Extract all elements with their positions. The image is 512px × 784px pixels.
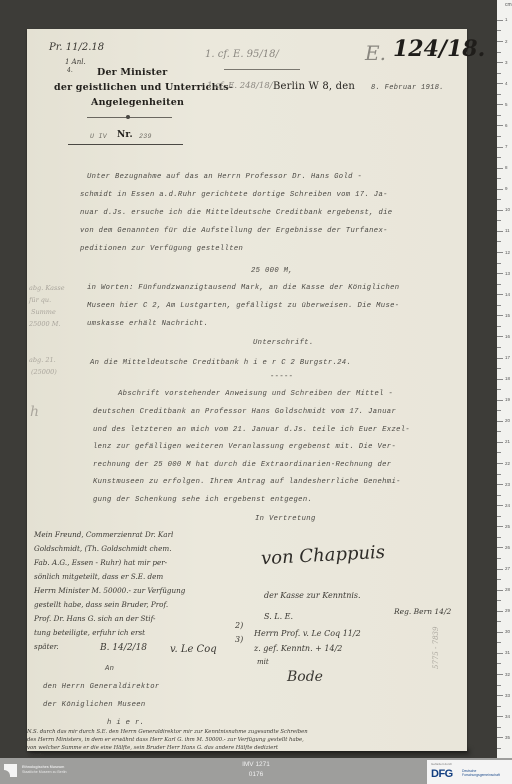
hw-note-7: Prof. Dr. Hans G. sich an der Stif- bbox=[34, 614, 155, 623]
letterhead-line1: Der Minister bbox=[97, 67, 167, 78]
ruler-tick bbox=[497, 147, 503, 148]
closing-line-1: den Herrn Generaldirektor bbox=[43, 683, 160, 691]
hw-right-5: z. gef. Kenntn. + 14/2 bbox=[254, 644, 342, 653]
letterhead-line3: Angelegenheiten bbox=[91, 97, 184, 108]
p2-line-2: Museen hier C 2, Am Lustgarten, gefällig… bbox=[87, 302, 399, 310]
minister-signature: von Chappuis bbox=[261, 542, 386, 569]
ruler-half-tick bbox=[497, 706, 501, 707]
hw-right-6: mit bbox=[257, 658, 269, 666]
ruler-tick bbox=[497, 125, 503, 126]
ruler-half-tick bbox=[497, 474, 501, 475]
hw-right-1: der Kasse zur Kenntnis. bbox=[264, 591, 361, 600]
hw-note-6: gestellt habe, dass sein Bruder, Prof. bbox=[34, 600, 168, 609]
margin-pencil-2: für qu. bbox=[29, 296, 51, 304]
dfg-name: Deutsche Forschungsgemeinschaft bbox=[462, 769, 500, 777]
ruler-number: 14 bbox=[505, 292, 510, 297]
ruler-number: 33 bbox=[505, 693, 510, 698]
hw-note-date: B. 14/2/18 bbox=[100, 643, 147, 653]
ruler-tick bbox=[497, 273, 503, 274]
ruler-half-tick bbox=[497, 537, 501, 538]
separator: ----- bbox=[270, 373, 293, 381]
funded-by-label: Gefördert durch bbox=[431, 762, 452, 766]
p3-line-3: und des letzteren an mich vom 21. Januar… bbox=[93, 426, 410, 434]
place-label: Berlin W 8, den bbox=[273, 81, 355, 92]
ruler-number: 11 bbox=[505, 228, 510, 233]
document-page: Pr. 11/2.18 1 Anl. 4. Der Minister der g… bbox=[27, 29, 467, 751]
ruler-tick bbox=[497, 611, 503, 612]
ruler-number: 1 bbox=[505, 17, 508, 22]
ruler-number: 31 bbox=[505, 650, 510, 655]
margin-pencil-h: h bbox=[30, 404, 39, 420]
ruler-half-tick bbox=[497, 410, 501, 411]
hw-right-3: S. L. E. bbox=[264, 612, 293, 621]
in-vertretung: In Vertretung bbox=[255, 515, 316, 523]
ruler-number: 35 bbox=[505, 735, 510, 740]
ruler-tick bbox=[497, 83, 503, 84]
ruler-tick bbox=[497, 590, 503, 591]
ruler-tick bbox=[497, 484, 503, 485]
amount: 25 000 M, bbox=[251, 267, 293, 275]
ruler-number: 16 bbox=[505, 334, 510, 339]
ruler-tick bbox=[497, 168, 503, 169]
reference-1: 1. cf. E. 95/18/ bbox=[205, 49, 279, 60]
ruler-tick bbox=[497, 421, 503, 422]
margin-pencil-6: (25000) bbox=[31, 368, 57, 376]
ruler-unit-label: cm bbox=[505, 2, 512, 8]
ruler-tick bbox=[497, 463, 503, 464]
measurement-ruler: 1234567891011121314151617181920212223242… bbox=[497, 0, 512, 758]
ruler-half-tick bbox=[497, 727, 501, 728]
ruler-half-tick bbox=[497, 621, 501, 622]
file-prefix: U IV bbox=[90, 133, 107, 140]
closing-hier: h i e r. bbox=[107, 719, 144, 727]
ruler-half-tick bbox=[497, 452, 501, 453]
journal-number: 124/18. bbox=[393, 36, 485, 62]
p3-line-4: lenz zur gefälligen weiteren Veranlassun… bbox=[93, 443, 396, 451]
bode-signature: Bode bbox=[287, 669, 323, 685]
ruler-number: 4 bbox=[505, 81, 508, 86]
ruler-half-tick bbox=[497, 220, 501, 221]
ruler-half-tick bbox=[497, 516, 501, 517]
ruler-half-tick bbox=[497, 52, 501, 53]
ruler-number: 9 bbox=[505, 186, 508, 191]
ruler-half-tick bbox=[497, 495, 501, 496]
ruler-half-tick bbox=[497, 642, 501, 643]
p3-line-5: rechnung der 25 000 M hat durch die Extr… bbox=[93, 461, 391, 469]
ruler-tick bbox=[497, 336, 503, 337]
dfg-name-line-2: Forschungsgemeinschaft bbox=[462, 773, 500, 777]
ruler-tick bbox=[497, 737, 503, 738]
ruler-number: 23 bbox=[505, 482, 510, 487]
ruler-number: 29 bbox=[505, 608, 510, 613]
ruler-half-tick bbox=[497, 685, 501, 686]
hw-note-3: Fab. A.G., Essen - Ruhr) hat mir per- bbox=[34, 558, 167, 567]
margin-pencil-1: abg. Kasse bbox=[29, 284, 65, 292]
ruler-tick bbox=[497, 62, 503, 63]
ruler-number: 24 bbox=[505, 503, 510, 508]
hw-note-9: später. bbox=[34, 642, 59, 651]
p2-line-1: in Worten: Fünfundzwanzigtausend Mark, a… bbox=[87, 284, 399, 292]
ruler-tick bbox=[497, 294, 503, 295]
ruler-number: 13 bbox=[505, 271, 510, 276]
hw-note-8: tung beteiligte, erfuhr ich erst bbox=[34, 628, 145, 637]
ruler-number: 19 bbox=[505, 397, 510, 402]
p3-line-7: gung der Schenkung sehe ich ergebenst en… bbox=[93, 496, 312, 504]
ruler-number: 27 bbox=[505, 566, 510, 571]
p3-line-2: deutschen Creditbank an Professor Hans G… bbox=[93, 408, 396, 416]
ruler-tick bbox=[497, 695, 503, 696]
ruler-tick bbox=[497, 252, 503, 253]
letter-date: 8. Februar 1918. bbox=[371, 84, 444, 92]
p1-line-1: Unter Bezugnahme auf das an Herrn Profes… bbox=[87, 173, 362, 181]
ruler-number: 34 bbox=[505, 714, 510, 719]
enclosure-count: 4. bbox=[67, 67, 73, 74]
ruler-tick bbox=[497, 674, 503, 675]
p1-line-5: peditionen zur Verfügung gestellten bbox=[80, 245, 243, 253]
ruler-tick bbox=[497, 41, 503, 42]
ruler-half-tick bbox=[497, 326, 501, 327]
file-number-underline bbox=[68, 144, 183, 145]
ruler-number: 32 bbox=[505, 672, 510, 677]
ruler-tick bbox=[497, 569, 503, 570]
ruler-half-tick bbox=[497, 263, 501, 264]
ruler-half-tick bbox=[497, 94, 501, 95]
hw-note-4: sönlich mitgeteilt, dass er S.E. dem bbox=[34, 572, 163, 581]
hw-right-4: Herrn Prof. v. Le Coq 11/2 bbox=[254, 629, 361, 638]
ruler-tick bbox=[497, 315, 503, 316]
file-nr-label: Nr. bbox=[117, 130, 133, 140]
ruler-number: 22 bbox=[505, 461, 510, 466]
ruler-half-tick bbox=[497, 305, 501, 306]
ns-line-1: N.S. durch das mir durch S.E. den Herrn … bbox=[27, 729, 308, 735]
ruler-tick bbox=[497, 104, 503, 105]
ruler-tick bbox=[497, 653, 503, 654]
hw-note-2: Goldschmidt, (Th. Goldschmidt chem. bbox=[34, 544, 172, 553]
ruler-number: 28 bbox=[505, 587, 510, 592]
ruler-number: 18 bbox=[505, 376, 510, 381]
file-number: 239 bbox=[139, 133, 152, 140]
ruler-half-tick bbox=[497, 347, 501, 348]
ruler-tick bbox=[497, 442, 503, 443]
ruler-half-tick bbox=[497, 284, 501, 285]
bank-address: An die Mitteldeutsche Creditbank h i e r… bbox=[90, 359, 351, 367]
ruler-tick bbox=[497, 358, 503, 359]
ruler-number: 12 bbox=[505, 250, 510, 255]
ruler-tick bbox=[497, 526, 503, 527]
hw-note-signature: v. Le Coq bbox=[170, 644, 217, 655]
reference-2: 1 cf. E. 248/18/ bbox=[207, 81, 273, 91]
margin-pencil-4: 25000 M. bbox=[29, 320, 60, 328]
ruler-number: 6 bbox=[505, 123, 508, 128]
ruler-number: 15 bbox=[505, 313, 510, 318]
ruler-tick bbox=[497, 400, 503, 401]
ruler-half-tick bbox=[497, 579, 501, 580]
reference-1-underline bbox=[224, 69, 300, 70]
right-margin-pencil: 5775 - 7839 bbox=[432, 627, 440, 669]
p1-line-3: nuar d.Js. ersuche ich die Mitteldeutsch… bbox=[80, 209, 392, 217]
closing-an: An bbox=[105, 665, 114, 673]
margin-pencil-3: Summe bbox=[31, 308, 56, 316]
ns-line-3: von welcher Summe er die eine Hälfte, se… bbox=[27, 745, 278, 751]
ruler-number: 8 bbox=[505, 165, 508, 170]
ruler-half-tick bbox=[497, 30, 501, 31]
ruler-number: 30 bbox=[505, 629, 510, 634]
ruler-number: 10 bbox=[505, 207, 510, 212]
ruler-half-tick bbox=[497, 157, 501, 158]
ruler-tick bbox=[497, 379, 503, 380]
hw-right-2: Reg. Bern 14/2 bbox=[394, 607, 451, 616]
ruler-number: 25 bbox=[505, 524, 510, 529]
margin-bracket-numbers: 2) 3) bbox=[235, 619, 247, 647]
margin-pencil-5: abg. 21. bbox=[29, 356, 56, 364]
ruler-tick bbox=[497, 716, 503, 717]
ruler-number: 21 bbox=[505, 439, 510, 444]
ruler-half-tick bbox=[497, 178, 501, 179]
ruler-tick bbox=[497, 505, 503, 506]
ruler-number: 20 bbox=[505, 418, 510, 423]
ruler-number: 3 bbox=[505, 60, 508, 65]
ruler-number: 5 bbox=[505, 102, 508, 107]
p3-line-1: Abschrift vorstehender Anweisung und Sch… bbox=[118, 390, 393, 398]
ruler-tick bbox=[497, 632, 503, 633]
p3-line-6: Kunstmuseen zu erfolgen. Ihrem Antrag au… bbox=[93, 478, 401, 486]
signature-placeholder: Unterschrift. bbox=[253, 339, 314, 347]
ruler-half-tick bbox=[497, 431, 501, 432]
ns-line-2: des Herrn Ministers, in dem er erwähnt d… bbox=[27, 737, 304, 743]
ruler-tick bbox=[497, 547, 503, 548]
ruler-half-tick bbox=[497, 73, 501, 74]
ruler-number: 17 bbox=[505, 355, 510, 360]
divider-dot bbox=[126, 115, 130, 119]
enclosure-note: 1 Anl. bbox=[65, 58, 86, 66]
ruler-half-tick bbox=[497, 199, 501, 200]
journal-prefix: E. bbox=[365, 41, 386, 65]
hw-note-5: Herrn Minister M. 50000.- zur Verfügung bbox=[34, 586, 185, 595]
ruler-number: 26 bbox=[505, 545, 510, 550]
ruler-half-tick bbox=[497, 368, 501, 369]
ruler-half-tick bbox=[497, 600, 501, 601]
p1-line-4: von dem Genannten für die Aufstellung de… bbox=[80, 227, 388, 235]
ruler-half-tick bbox=[497, 115, 501, 116]
ruler-tick bbox=[497, 231, 503, 232]
p2-line-3: umskasse erhält Nachricht. bbox=[87, 320, 208, 328]
p1-line-2: schmidt in Essen a.d.Ruhr gerichtete dor… bbox=[80, 191, 388, 199]
ruler-half-tick bbox=[497, 748, 501, 749]
ruler-tick bbox=[497, 20, 503, 21]
ruler-number: 2 bbox=[505, 39, 508, 44]
closing-line-2: der Königlichen Museen bbox=[43, 701, 146, 709]
ruler-tick bbox=[497, 210, 503, 211]
ruler-tick bbox=[497, 189, 503, 190]
ruler-half-tick bbox=[497, 558, 501, 559]
received-note: Pr. 11/2.18 bbox=[49, 42, 104, 53]
ruler-half-tick bbox=[497, 241, 501, 242]
dfg-badge: Gefördert durch DFG Deutsche Forschungsg… bbox=[427, 760, 512, 784]
ruler-half-tick bbox=[497, 389, 501, 390]
dfg-logo: DFG bbox=[431, 768, 453, 780]
hw-note-1: Mein Freund, Commerzienrat Dr. Karl bbox=[34, 530, 173, 539]
ruler-half-tick bbox=[497, 136, 501, 137]
ruler-half-tick bbox=[497, 663, 501, 664]
ruler-number: 7 bbox=[505, 144, 508, 149]
